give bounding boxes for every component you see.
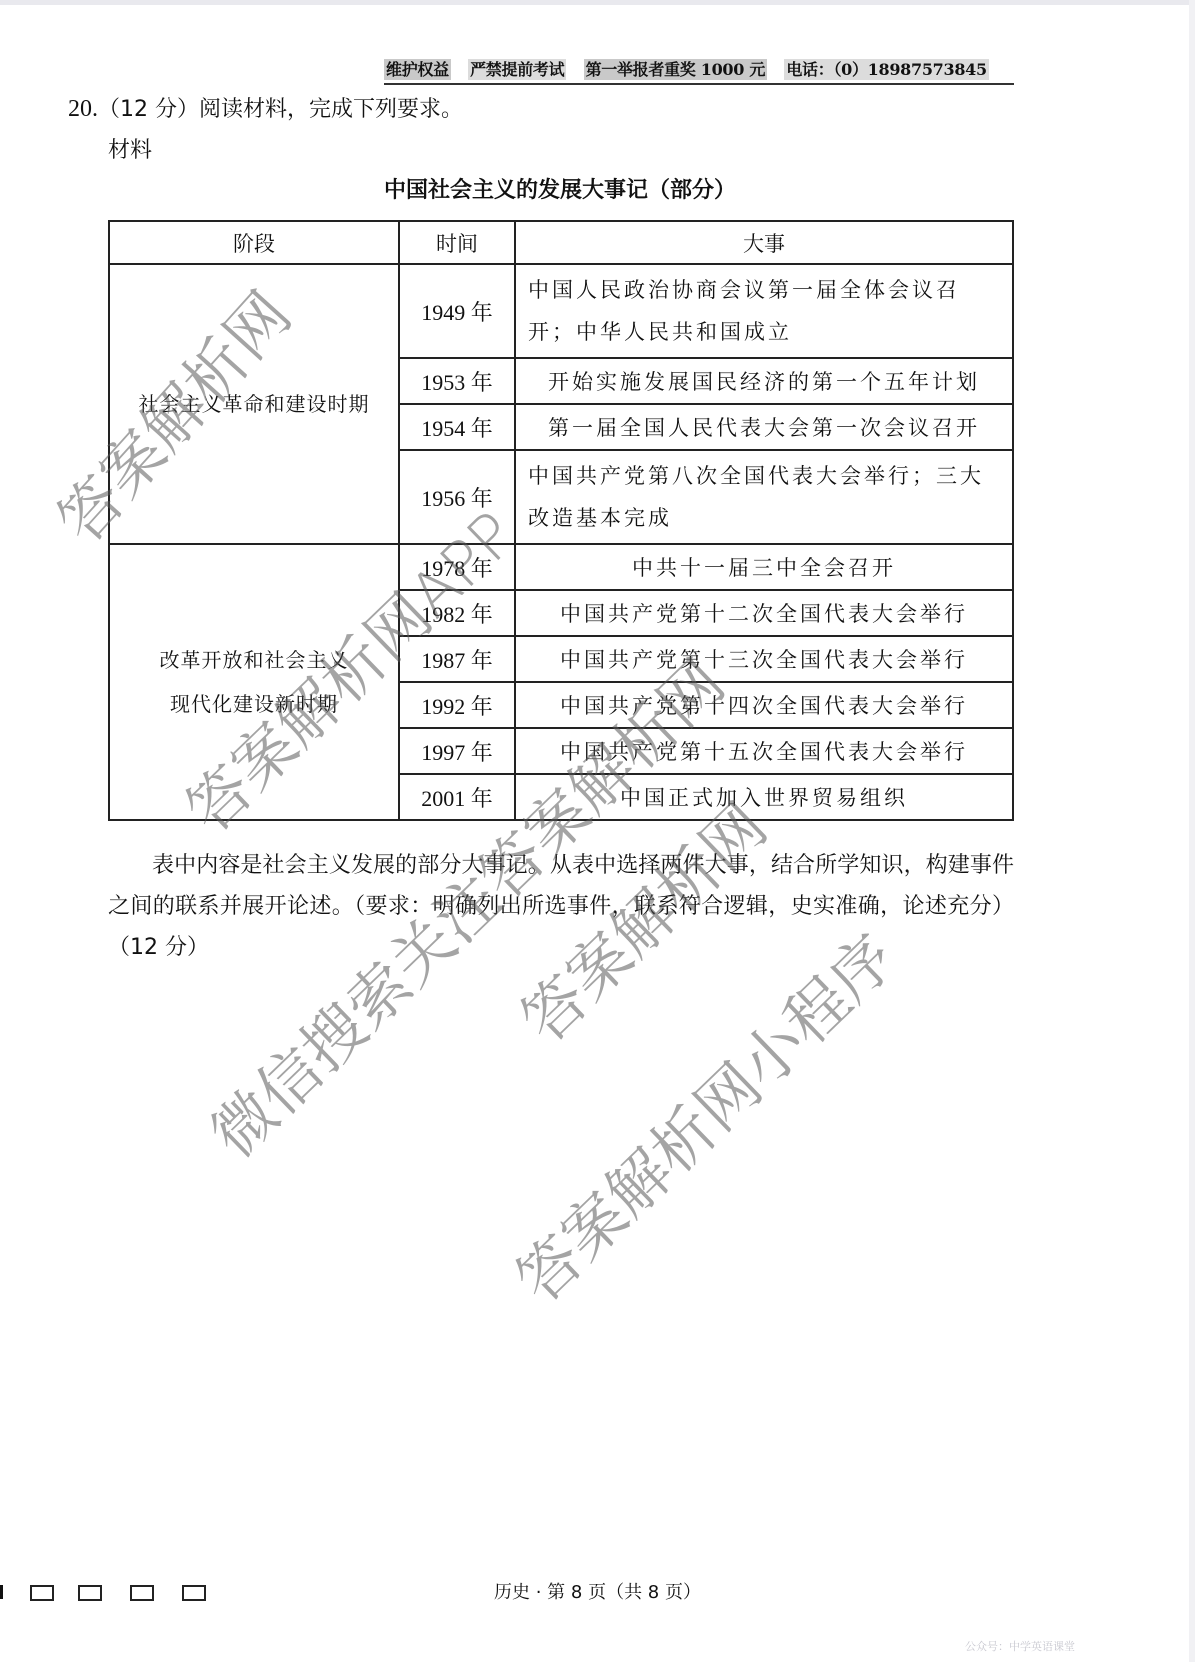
stage-line: 改革开放和社会主义 bbox=[110, 638, 398, 682]
page-footer: 历史 · 第 8 页（共 8 页） bbox=[0, 1578, 1195, 1604]
table-row: 改革开放和社会主义 现代化建设新时期 1978 年 中共十一届三中全会召开 bbox=[109, 544, 1013, 590]
event-cell: 中国共产党第十四次全国代表大会举行 bbox=[515, 682, 1013, 728]
year-cell: 1956 年 bbox=[399, 450, 515, 544]
year-cell: 1997 年 bbox=[399, 728, 515, 774]
year-cell: 1978 年 bbox=[399, 544, 515, 590]
year-cell: 1987 年 bbox=[399, 636, 515, 682]
header-time: 时间 bbox=[399, 221, 515, 264]
notice-segment: 第一举报者重奖 1000 元 bbox=[584, 59, 767, 80]
year-cell: 1992 年 bbox=[399, 682, 515, 728]
material-label: 材料 bbox=[108, 136, 152, 166]
question-prompt: 阅读材料，完成下列要求。 bbox=[199, 97, 463, 122]
question-instructions: 表中内容是社会主义发展的部分大事记。从表中选择两件大事，结合所学知识，构建事件之… bbox=[108, 845, 1014, 968]
watermark: 答案解析网小程序 bbox=[493, 910, 912, 1319]
events-table: 阶段 时间 大事 社会主义革命和建设时期 1949 年 中国人民政治协商会议第一… bbox=[108, 220, 1014, 821]
table-row: 社会主义革命和建设时期 1949 年 中国人民政治协商会议第一届全体会议召开；中… bbox=[109, 264, 1013, 358]
year-cell: 1954 年 bbox=[399, 404, 515, 450]
event-cell: 中国正式加入世界贸易组织 bbox=[515, 774, 1013, 820]
year-cell: 1982 年 bbox=[399, 590, 515, 636]
event-cell: 中共十一届三中全会召开 bbox=[515, 544, 1013, 590]
top-edge bbox=[0, 0, 1195, 5]
event-cell: 中国共产党第十三次全国代表大会举行 bbox=[515, 636, 1013, 682]
notice-segment: 维护权益 bbox=[384, 59, 451, 80]
event-cell: 中国共产党第十五次全国代表大会举行 bbox=[515, 728, 1013, 774]
year-cell: 2001 年 bbox=[399, 774, 515, 820]
header-stage: 阶段 bbox=[109, 221, 399, 264]
event-cell: 开始实施发展国民经济的第一个五年计划 bbox=[515, 358, 1013, 404]
notice-segment: 电话：（0）18987573845 bbox=[784, 59, 989, 80]
question-title: 20.（12 分）阅读材料，完成下列要求。 bbox=[68, 94, 463, 125]
event-cell: 第一届全国人民代表大会第一次会议召开 bbox=[515, 404, 1013, 450]
notice-segment: 严禁提前考试 bbox=[468, 59, 566, 80]
stage-cell: 社会主义革命和建设时期 bbox=[109, 264, 399, 544]
year-cell: 1953 年 bbox=[399, 358, 515, 404]
corner-watermark: 公众号：中学英语课堂 bbox=[965, 1638, 1075, 1654]
table-title: 中国社会主义的发展大事记（部分） bbox=[0, 176, 1120, 206]
stage-cell: 改革开放和社会主义 现代化建设新时期 bbox=[109, 544, 399, 820]
anti-leak-notice: 维护权益 严禁提前考试 第一举报者重奖 1000 元 电话：（0）1898757… bbox=[384, 57, 1014, 85]
table-header-row: 阶段 时间 大事 bbox=[109, 221, 1013, 264]
event-cell: 中国共产党第八次全国代表大会举行；三大改造基本完成 bbox=[515, 450, 1013, 544]
right-edge bbox=[1189, 0, 1195, 1662]
question-number: 20. bbox=[68, 96, 98, 122]
event-cell: 中国共产党第十二次全国代表大会举行 bbox=[515, 590, 1013, 636]
year-cell: 1949 年 bbox=[399, 264, 515, 358]
question-score: （12 分） bbox=[98, 97, 199, 122]
stage-line: 现代化建设新时期 bbox=[110, 682, 398, 726]
event-cell: 中国人民政治协商会议第一届全体会议召开；中华人民共和国成立 bbox=[515, 264, 1013, 358]
header-event: 大事 bbox=[515, 221, 1013, 264]
